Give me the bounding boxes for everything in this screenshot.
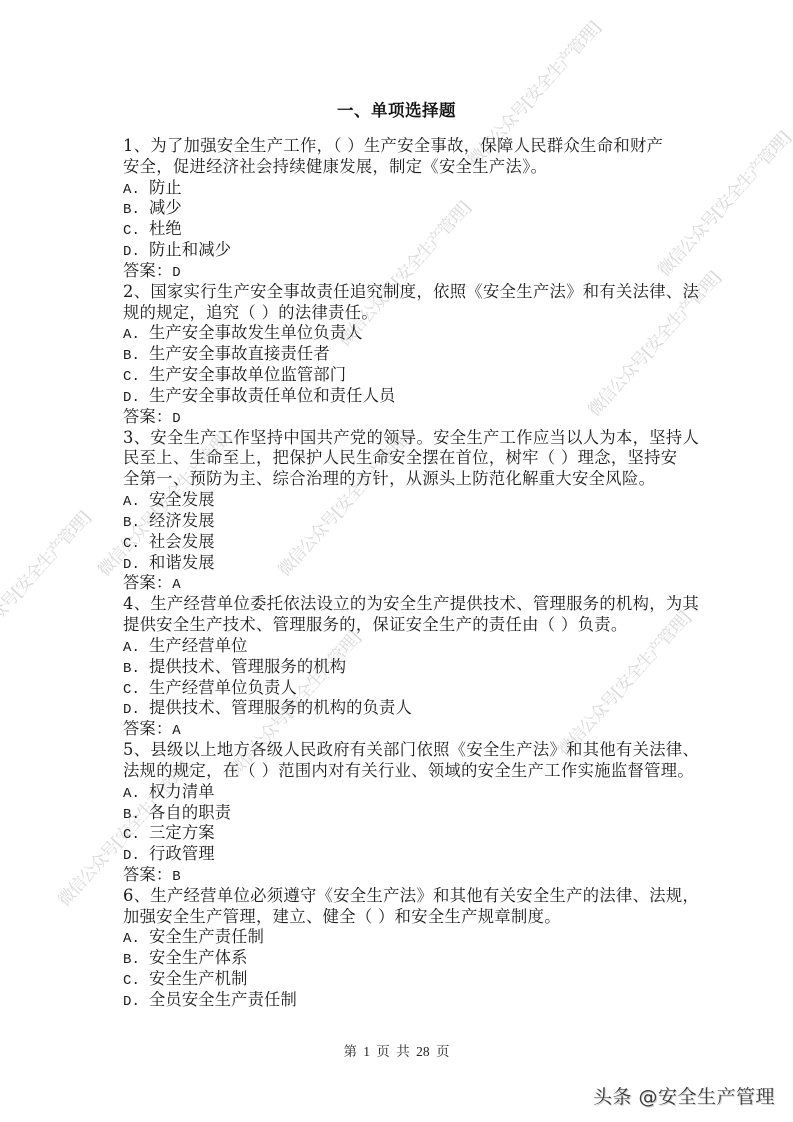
option-a: A.生产经营单位 bbox=[123, 636, 683, 657]
stem-line: 提供安全生产技术、管理服务的，保证安全生产的责任由（ ）负责。 bbox=[123, 615, 683, 636]
answer-line: 答案：B bbox=[123, 865, 683, 886]
answer-label: 答案： bbox=[123, 261, 172, 280]
option-key: D. bbox=[123, 555, 149, 576]
question-stem: 1、为了加强安全生产工作，（ ）生产安全事故，保障人民群众生命和财产 安全，促进… bbox=[123, 136, 683, 178]
option-key: A. bbox=[123, 492, 149, 513]
option-d: D.提供技术、管理服务的机构的负责人 bbox=[123, 698, 683, 719]
option-key: D. bbox=[123, 700, 149, 721]
option-text: 生产经营单位负责人 bbox=[149, 678, 297, 697]
stem-line: 安全，促进经济社会持续健康发展，制定《安全生产法》。 bbox=[123, 157, 683, 178]
option-b: B.减少 bbox=[123, 198, 683, 219]
answer-value: D bbox=[172, 265, 181, 281]
option-c: C.生产安全事故单位监管部门 bbox=[123, 365, 683, 386]
stem-line: 4、生产经营单位委托依法设立的为安全生产提供技术、管理服务的机构，为其 bbox=[123, 594, 683, 615]
option-text: 安全生产机制 bbox=[149, 969, 248, 988]
answer-label: 答案： bbox=[123, 865, 172, 884]
answer-line: 答案：D bbox=[123, 407, 683, 428]
option-text: 安全生产责任制 bbox=[149, 927, 264, 946]
option-a: A.防止 bbox=[123, 178, 683, 199]
option-key: A. bbox=[123, 784, 149, 805]
option-b: B.各自的职责 bbox=[123, 803, 683, 824]
stem-line: 6、生产经营单位必须遵守《安全生产法》和其他有关安全生产的法律、法规， bbox=[123, 886, 683, 907]
option-a: A.权力清单 bbox=[123, 782, 683, 803]
option-key: D. bbox=[123, 388, 149, 409]
answer-line: 答案：A bbox=[123, 719, 683, 740]
option-key: C. bbox=[123, 534, 149, 555]
answer-value: A bbox=[172, 577, 181, 593]
option-key: D. bbox=[123, 846, 149, 867]
section-title: 一、单项选择题 bbox=[0, 97, 793, 121]
option-key: B. bbox=[123, 346, 149, 367]
option-c: C.三定方案 bbox=[123, 823, 683, 844]
option-text: 生产经营单位 bbox=[149, 636, 248, 655]
page-number-footer: 第 1 页 共 28 页 bbox=[0, 1040, 793, 1060]
stem-line: 5、县级以上地方各级人民政府有关部门依照《安全生产法》和其他有关法律、 bbox=[123, 740, 683, 761]
option-key: A. bbox=[123, 180, 149, 201]
option-d: D.生产安全事故责任单位和责任人员 bbox=[123, 386, 683, 407]
option-text: 生产安全事故单位监管部门 bbox=[149, 365, 346, 384]
answer-label: 答案： bbox=[123, 407, 172, 426]
option-key: C. bbox=[123, 680, 149, 701]
answer-line: 答案：D bbox=[123, 261, 683, 282]
option-key: B. bbox=[123, 659, 149, 680]
option-key: B. bbox=[123, 200, 149, 221]
option-key: C. bbox=[123, 221, 149, 242]
option-text: 权力清单 bbox=[149, 782, 215, 801]
option-key: D. bbox=[123, 992, 149, 1013]
option-text: 社会发展 bbox=[149, 532, 215, 551]
question-stem: 3、安全生产工作坚持中国共产党的领导。安全生产工作应当以人为本，坚持人 民至上、… bbox=[123, 428, 683, 490]
option-key: C. bbox=[123, 367, 149, 388]
option-text: 杜绝 bbox=[149, 219, 182, 238]
question-2: 2、国家实行生产安全事故责任追究制度，依照《安全生产法》和有关法律、法 规的规定… bbox=[123, 282, 683, 428]
option-text: 提供技术、管理服务的机构 bbox=[149, 657, 346, 676]
option-d: D.防止和减少 bbox=[123, 240, 683, 261]
option-text: 提供技术、管理服务的机构的负责人 bbox=[149, 698, 412, 717]
option-text: 行政管理 bbox=[149, 844, 215, 863]
stem-line: 2、国家实行生产安全事故责任追究制度，依照《安全生产法》和有关法律、法 bbox=[123, 282, 683, 303]
question-stem: 4、生产经营单位委托依法设立的为安全生产提供技术、管理服务的机构，为其 提供安全… bbox=[123, 594, 683, 636]
option-text: 全员安全生产责任制 bbox=[149, 990, 297, 1009]
diagonal-watermark: 微信公众号[安全生产管理] bbox=[0, 505, 95, 661]
option-c: C.社会发展 bbox=[123, 532, 683, 553]
option-d: D.和谐发展 bbox=[123, 553, 683, 574]
option-key: A. bbox=[123, 325, 149, 346]
question-5: 5、县级以上地方各级人民政府有关部门依照《安全生产法》和其他有关法律、 法规的规… bbox=[123, 740, 683, 886]
option-text: 安全生产体系 bbox=[149, 948, 248, 967]
option-text: 经济发展 bbox=[149, 511, 215, 530]
answer-label: 答案： bbox=[123, 719, 172, 738]
option-a: A.生产安全事故发生单位负责人 bbox=[123, 323, 683, 344]
document-page: 微信公众号[安全生产管理] 微信公众号[安全生产管理] 微信公众号[安全生产管理… bbox=[0, 0, 793, 1122]
question-1: 1、为了加强安全生产工作，（ ）生产安全事故，保障人民群众生命和财产 安全，促进… bbox=[123, 136, 683, 282]
stem-line: 法规的规定，在（ ）范围内对有关行业、领域的安全生产工作实施监督管理。 bbox=[123, 761, 683, 782]
option-text: 各自的职责 bbox=[149, 803, 231, 822]
option-c: C.杜绝 bbox=[123, 219, 683, 240]
stem-line: 3、安全生产工作坚持中国共产党的领导。安全生产工作应当以人为本，坚持人 bbox=[123, 428, 683, 449]
option-text: 安全发展 bbox=[149, 490, 215, 509]
option-b: B.提供技术、管理服务的机构 bbox=[123, 657, 683, 678]
option-text: 生产安全事故直接责任者 bbox=[149, 344, 330, 363]
question-stem: 6、生产经营单位必须遵守《安全生产法》和其他有关安全生产的法律、法规， 加强安全… bbox=[123, 886, 683, 928]
option-b: B.安全生产体系 bbox=[123, 948, 683, 969]
option-text: 生产安全事故责任单位和责任人员 bbox=[149, 386, 395, 405]
option-d: D.行政管理 bbox=[123, 844, 683, 865]
answer-value: B bbox=[172, 869, 181, 885]
question-stem: 5、县级以上地方各级人民政府有关部门依照《安全生产法》和其他有关法律、 法规的规… bbox=[123, 740, 683, 782]
option-key: C. bbox=[123, 971, 149, 992]
option-text: 三定方案 bbox=[149, 823, 215, 842]
answer-value: A bbox=[172, 723, 181, 739]
stem-line: 规的规定，追究（ ）的法律责任。 bbox=[123, 303, 683, 324]
question-3: 3、安全生产工作坚持中国共产党的领导。安全生产工作应当以人为本，坚持人 民至上、… bbox=[123, 428, 683, 595]
question-4: 4、生产经营单位委托依法设立的为安全生产提供技术、管理服务的机构，为其 提供安全… bbox=[123, 594, 683, 740]
toutiao-brand-watermark: 头条 @安全生产管理 bbox=[593, 1082, 775, 1109]
answer-line: 答案：A bbox=[123, 573, 683, 594]
option-c: C.安全生产机制 bbox=[123, 969, 683, 990]
option-text: 和谐发展 bbox=[149, 553, 215, 572]
option-key: D. bbox=[123, 242, 149, 263]
option-key: B. bbox=[123, 805, 149, 826]
stem-line: 全第一、预防为主、综合治理的方针，从源头上防范化解重大安全风险。 bbox=[123, 469, 683, 490]
option-text: 防止 bbox=[149, 178, 182, 197]
option-key: B. bbox=[123, 513, 149, 534]
option-text: 防止和减少 bbox=[149, 240, 231, 259]
option-a: A.安全生产责任制 bbox=[123, 927, 683, 948]
question-6: 6、生产经营单位必须遵守《安全生产法》和其他有关安全生产的法律、法规， 加强安全… bbox=[123, 886, 683, 1011]
answer-value: D bbox=[172, 411, 181, 427]
option-d: D.全员安全生产责任制 bbox=[123, 990, 683, 1011]
option-text: 生产安全事故发生单位负责人 bbox=[149, 323, 363, 342]
option-c: C.生产经营单位负责人 bbox=[123, 678, 683, 699]
question-stem: 2、国家实行生产安全事故责任追究制度，依照《安全生产法》和有关法律、法 规的规定… bbox=[123, 282, 683, 324]
option-a: A.安全发展 bbox=[123, 490, 683, 511]
answer-label: 答案： bbox=[123, 573, 172, 592]
option-b: B.生产安全事故直接责任者 bbox=[123, 344, 683, 365]
option-key: A. bbox=[123, 638, 149, 659]
option-key: A. bbox=[123, 929, 149, 950]
option-key: B. bbox=[123, 950, 149, 971]
stem-line: 1、为了加强安全生产工作，（ ）生产安全事故，保障人民群众生命和财产 bbox=[123, 136, 683, 157]
option-key: C. bbox=[123, 825, 149, 846]
question-list: 1、为了加强安全生产工作，（ ）生产安全事故，保障人民群众生命和财产 安全，促进… bbox=[123, 136, 683, 1011]
option-text: 减少 bbox=[149, 198, 182, 217]
stem-line: 民至上、生命至上，把保护人民生命安全摆在首位，树牢（ ）理念，坚持安 bbox=[123, 448, 683, 469]
option-b: B.经济发展 bbox=[123, 511, 683, 532]
stem-line: 加强安全生产管理，建立、健全（ ）和安全生产规章制度。 bbox=[123, 907, 683, 928]
